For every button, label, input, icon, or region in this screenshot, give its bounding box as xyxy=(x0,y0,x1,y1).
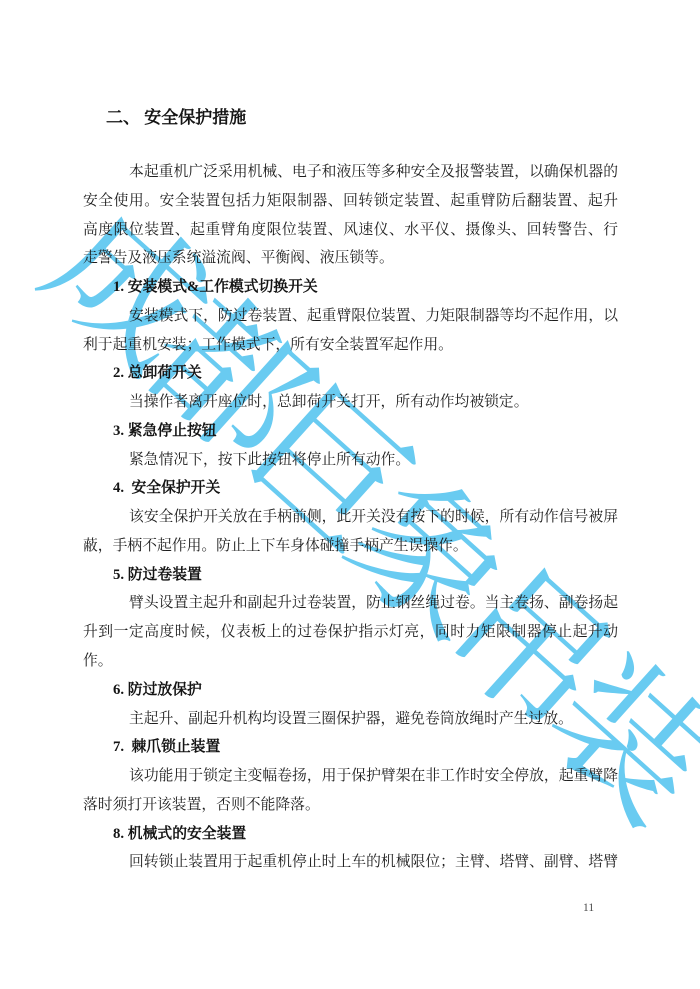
body-line: 安全使用。安全装置包括力矩限制器、回转锁定装置、起重臂防后翻装置、起升 xyxy=(83,187,618,216)
body-line: 利于起重机安装；工作模式下，所有安全装置军起作用。 xyxy=(83,331,618,360)
body-line: 落时须打开该装置，否则不能降落。 xyxy=(83,791,618,820)
section-heading: 8. 机械式的安全装置 xyxy=(83,820,618,849)
section-heading: 3. 紧急停止按钮 xyxy=(83,417,618,446)
body-line: 该功能用于锁定主变幅卷扬，用于保护臂架在非工作时安全停放，起重臂降 xyxy=(83,762,618,791)
section-heading: 6. 防过放保护 xyxy=(83,676,618,705)
body-line: 本起重机广泛采用机械、电子和液压等多种安全及报警装置，以确保机器的 xyxy=(83,158,618,187)
body-line: 走警告及液压系统溢流阀、平衡阀、液压锁等。 xyxy=(83,244,618,273)
section-heading: 4. 安全保护开关 xyxy=(83,474,618,503)
body-line: 作。 xyxy=(83,647,618,676)
section-title: 二、 安全保护措施 xyxy=(106,103,246,128)
section-heading: 2. 总卸荷开关 xyxy=(83,359,618,388)
body-line: 该安全保护开关放在手柄前侧，此开关没有按下的时候，所有动作信号被屏 xyxy=(83,503,618,532)
body-line: 紧急情况下，按下此按钮将停止所有动作。 xyxy=(83,446,618,475)
body-line: 当操作者离开座位时，总卸荷开关打开，所有动作均被锁定。 xyxy=(83,388,618,417)
section-heading: 7. 棘爪锁止装置 xyxy=(83,733,618,762)
body-line: 高度限位装置、起重臂角度限位装置、风速仪、水平仪、摄像头、回转警告、行 xyxy=(83,216,618,245)
body-line: 回转锁止装置用于起重机停止时上车的机械限位；主臂、塔臂、副臂、塔臂 xyxy=(83,848,618,877)
document-body: 本起重机广泛采用机械、电子和液压等多种安全及报警装置，以确保机器的 安全使用。安… xyxy=(83,158,618,877)
section-heading: 1. 安装模式&工作模式切换开关 xyxy=(83,273,618,302)
page-number: 11 xyxy=(583,902,594,914)
body-line: 主起升、副起升机构均设置三圈保护器，避免卷筒放绳时产生过放。 xyxy=(83,705,618,734)
section-heading: 5. 防过卷装置 xyxy=(83,561,618,590)
body-line: 安装模式下，防过卷装置、起重臂限位装置、力矩限制器等均不起作用，以 xyxy=(83,302,618,331)
body-line: 臂头设置主起升和副起升过卷装置，防止钢丝绳过卷。当主卷扬、副卷扬起 xyxy=(83,589,618,618)
body-line: 升到一定高度时候，仪表板上的过卷保护指示灯亮，同时力矩限制器停止起升动 xyxy=(83,618,618,647)
body-line: 蔽，手柄不起作用。防止上下车身体碰撞手柄产生误操作。 xyxy=(83,532,618,561)
document-page: 成都巨象吊装 二、 安全保护措施 本起重机广泛采用机械、电子和液压等多种安全及报… xyxy=(0,0,700,989)
